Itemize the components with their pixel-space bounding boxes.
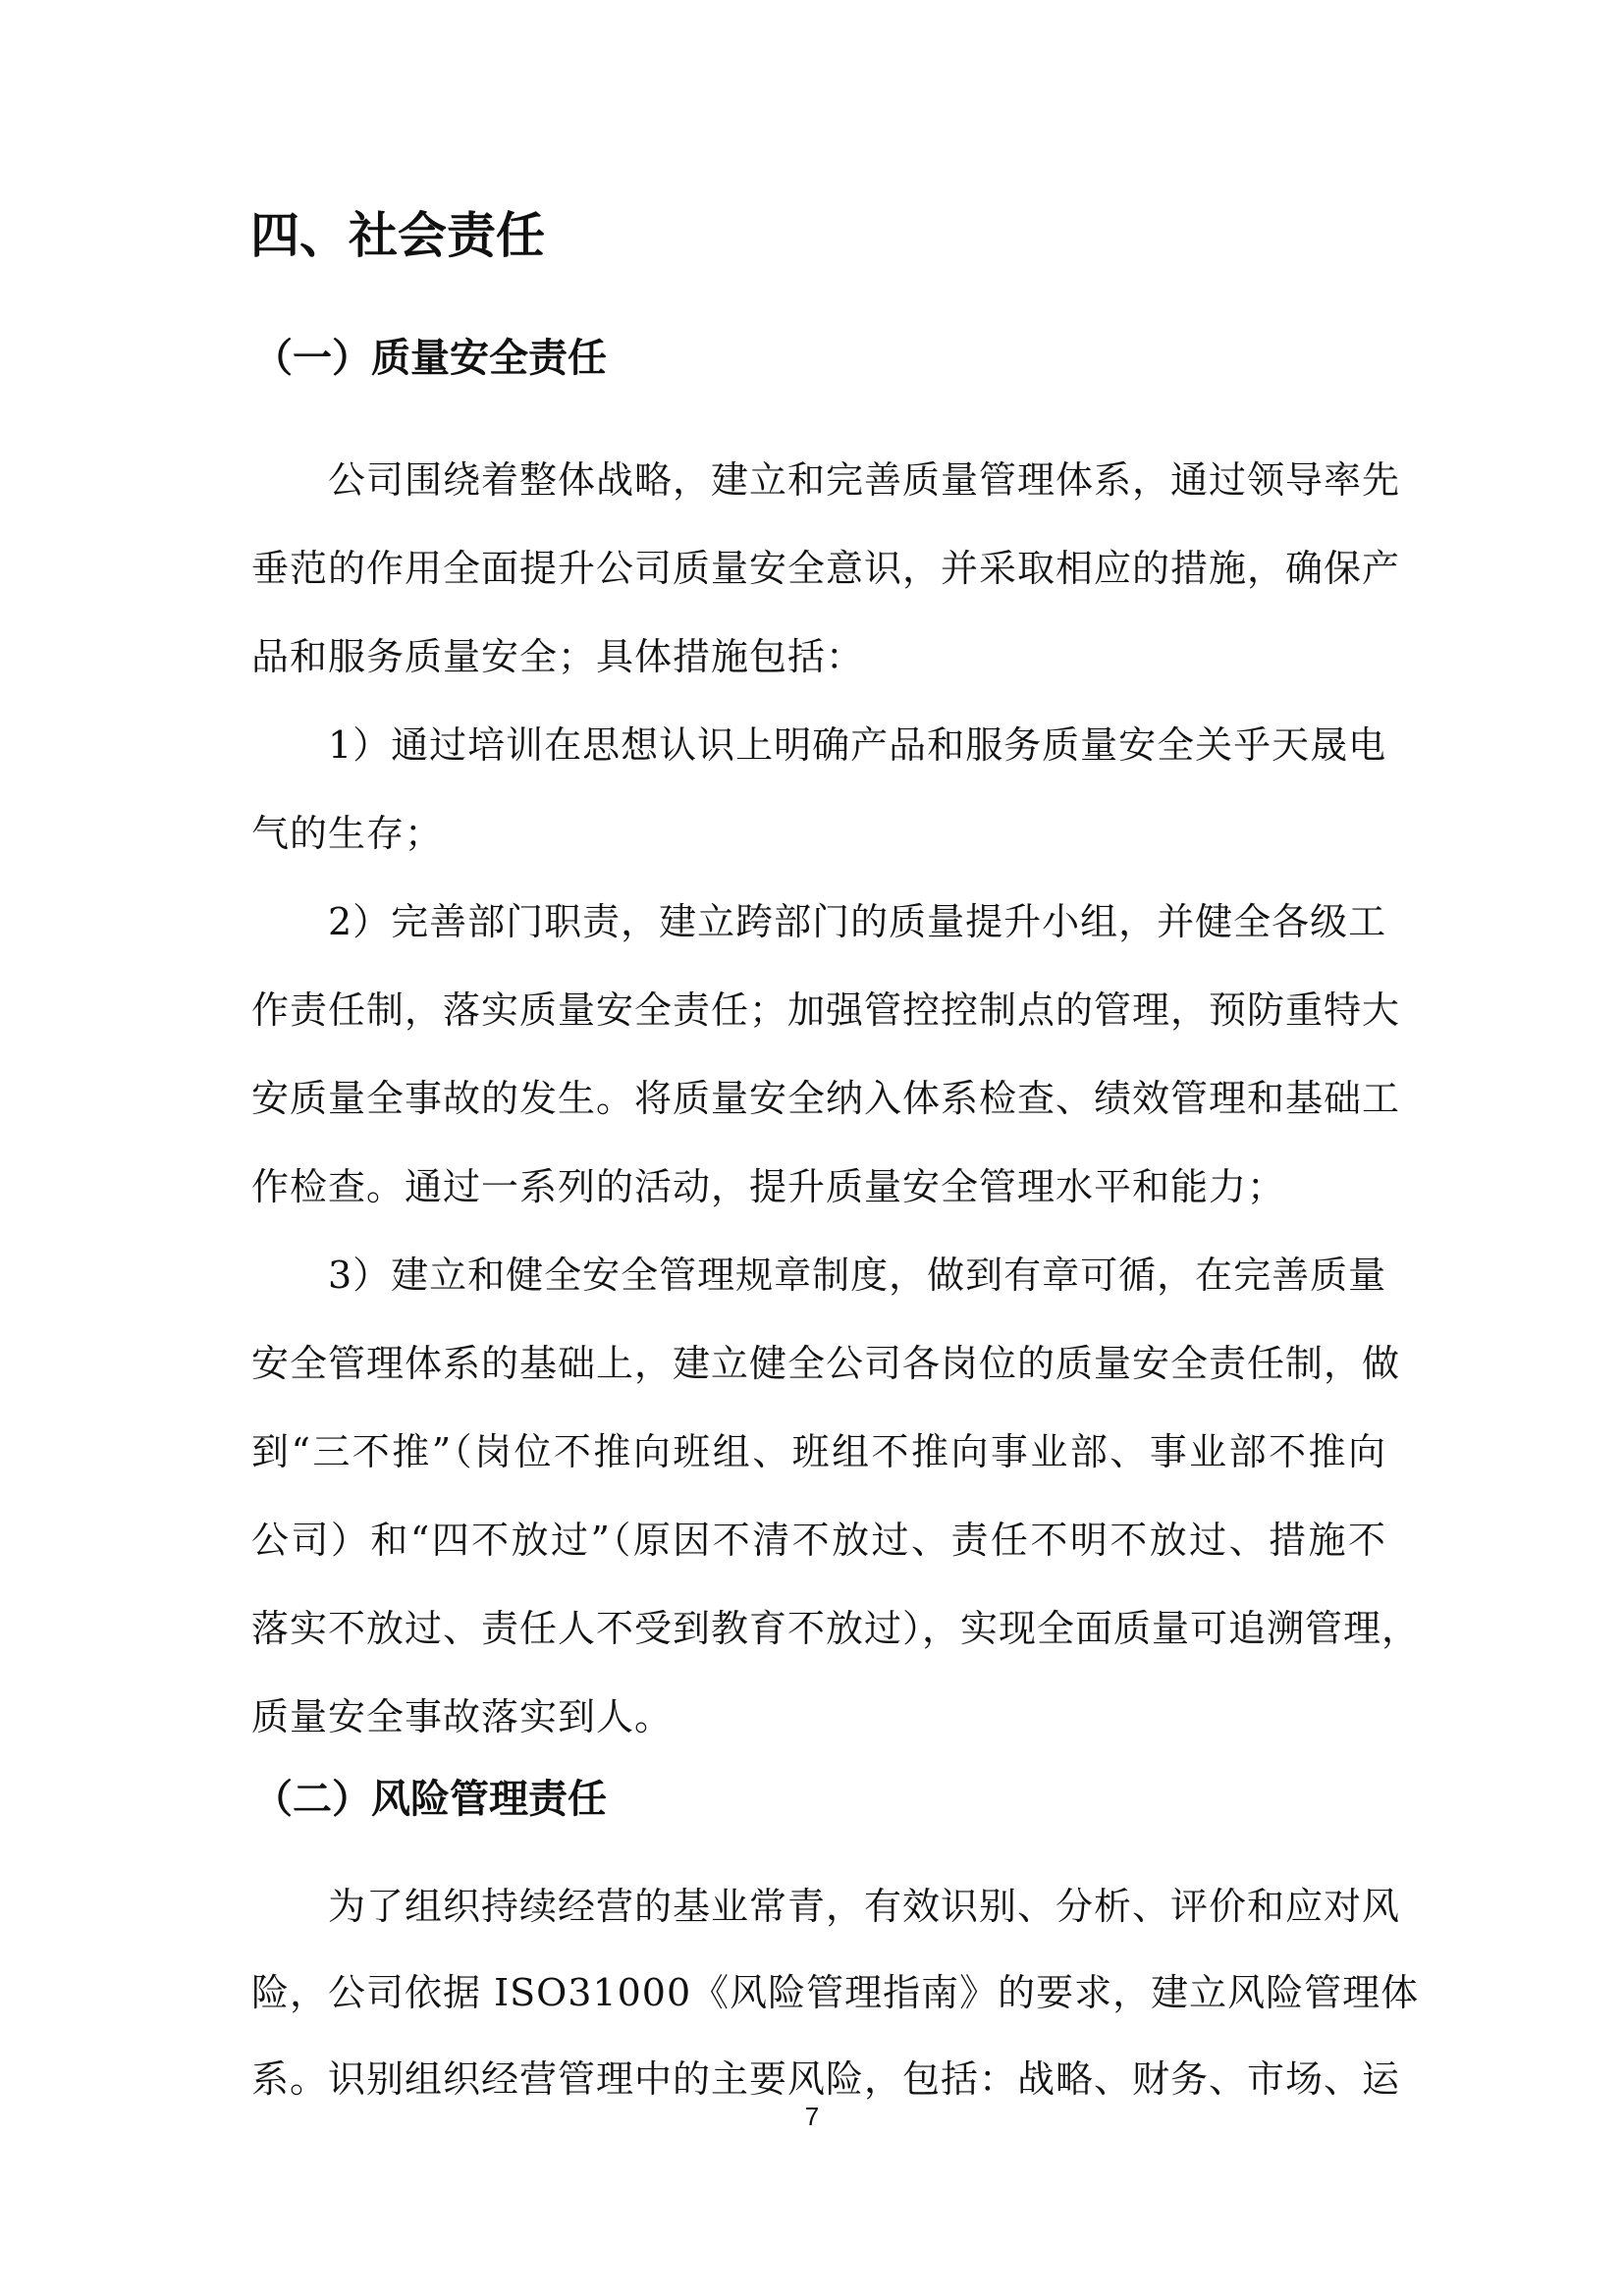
- page-number: 7: [0, 2101, 1624, 2132]
- section-title: 四、社会责任: [250, 208, 545, 263]
- subsection-title-risk-management: （二）风险管理责任: [253, 1777, 607, 1822]
- list-item-line: 落实不放过、责任人不受到教育不放过），实现全面质量可追溯管理，: [251, 1607, 1386, 1650]
- list-item-line: 3）建立和健全安全管理规章制度，做到有章可循，在完善质量: [328, 1254, 1386, 1297]
- list-item-line: 质量安全事故落实到人。: [251, 1695, 1386, 1738]
- paragraph-line: 品和服务质量安全；具体措施包括：: [251, 635, 1386, 678]
- list-item-line: 气的生存；: [251, 812, 1386, 855]
- subsection-title-quality-safety: （一）质量安全责任: [253, 336, 607, 381]
- list-item-line: 作责任制，落实质量安全责任；加强管控控制点的管理，预防重特大: [251, 988, 1386, 1032]
- paragraph-line: 险，公司依据 ISO31000《风险管理指南》的要求，建立风险管理体: [251, 1971, 1386, 2014]
- paragraph-line: 为了组织持续经营的基业常青，有效识别、分析、评价和应对风: [328, 1885, 1386, 1928]
- list-item-line: 作检查。通过一系列的活动，提升质量安全管理水平和能力；: [251, 1165, 1386, 1208]
- list-item-line: 安质量全事故的发生。将质量安全纳入体系检查、绩效管理和基础工: [251, 1077, 1386, 1120]
- list-item-line: 安全管理体系的基础上，建立健全公司各岗位的质量安全责任制，做: [251, 1342, 1386, 1385]
- list-item-line: 1）通过培训在思想认识上明确产品和服务质量安全关乎天晟电: [328, 723, 1386, 767]
- list-item-line: 到“三不推”（岗位不推向班组、班组不推向事业部、事业部不推向: [251, 1430, 1386, 1473]
- list-item-line: 2）完善部门职责，建立跨部门的质量提升小组，并健全各级工: [328, 900, 1386, 943]
- paragraph-line: 系。识别组织经营管理中的主要风险，包括：战略、财务、市场、运: [251, 2057, 1386, 2101]
- list-item-line: 公司）和“四不放过”（原因不清不放过、责任不明不放过、措施不: [251, 1519, 1386, 1562]
- paragraph-line: 垂范的作用全面提升公司质量安全意识，并采取相应的措施，确保产: [251, 547, 1386, 590]
- paragraph-line: 公司围绕着整体战略，建立和完善质量管理体系，通过领导率先: [328, 458, 1386, 502]
- document-page: 四、社会责任 （一）质量安全责任 公司围绕着整体战略，建立和完善质量管理体系，通…: [0, 0, 1624, 2296]
